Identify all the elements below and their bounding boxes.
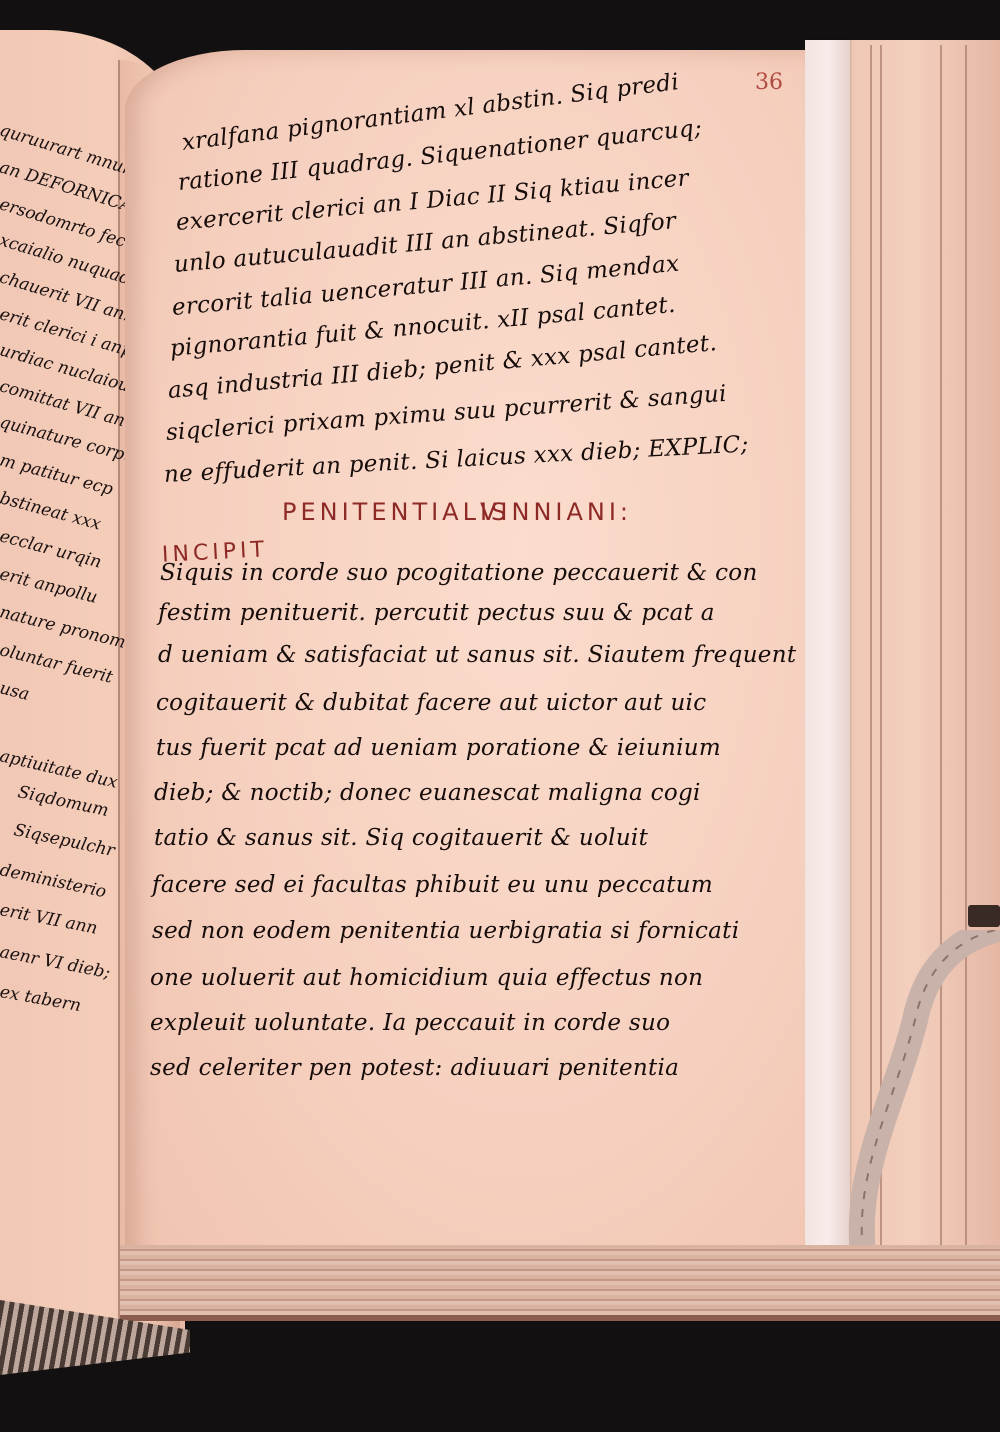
text-line: tatio & sanus sit. Siq cogitauerit & uol… xyxy=(154,825,648,851)
text-line: one uoluerit aut homicidium quia effectu… xyxy=(150,965,703,991)
text-line: sed celeriter pen potest: adiuuari penit… xyxy=(150,1055,679,1081)
text-line: cogitauerit & dubitat facere aut uictor … xyxy=(156,690,706,716)
text-line: dieb; & noctib; donec euanescat maligna … xyxy=(154,780,701,806)
page-bottom-edges xyxy=(120,1245,1000,1321)
clasp xyxy=(968,905,1000,927)
text-line: sed non eodem penitentia uerbigratia si … xyxy=(152,918,739,944)
text-line: d ueniam & satisfaciat ut sanus sit. Sia… xyxy=(158,642,796,668)
text-line: festim penituerit. percutit pectus suu &… xyxy=(158,600,715,626)
text-line: tus fuerit pcat ad ueniam poratione & ie… xyxy=(156,735,721,761)
rubric-heading-part2: VINNIANI: xyxy=(480,498,632,526)
text-line: Siquis in corde suo pcogitatione peccaue… xyxy=(160,560,758,586)
text-line: facere sed ei facultas phibuit eu unu pe… xyxy=(152,872,713,898)
rubric-heading-part1: PENITENTIALIS xyxy=(282,498,510,526)
manuscript-photo: quruurart mnurar aut an DEFORNICAT ersod… xyxy=(0,0,1000,1432)
text-line: expleuit uoluntate. Ia peccauit in corde… xyxy=(150,1010,670,1036)
folio-number: 36 xyxy=(755,70,783,95)
